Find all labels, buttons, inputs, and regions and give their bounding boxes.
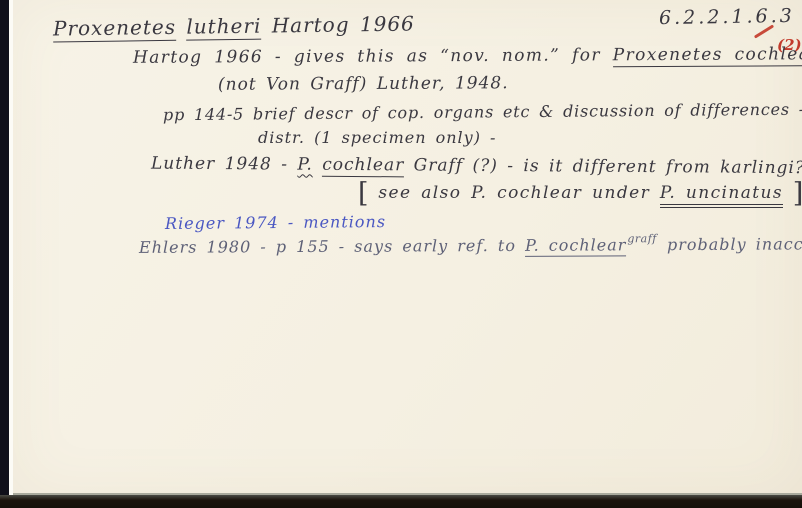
luther-pre: Luther 1948 - bbox=[151, 154, 288, 175]
card-title: Proxenetes lutheri Hartog 1966 bbox=[53, 13, 415, 38]
synonym-species: Proxenetes cochlear bbox=[613, 44, 802, 67]
catalog-number: 6.2.2.1.6.3 bbox=[659, 7, 795, 28]
hartog-line1-text: Hartog 1966 - gives this as “nov. nom.” … bbox=[133, 45, 601, 67]
luther-entry-line1: Luther 1948 - P. cochlear Graff (?) - is… bbox=[151, 156, 802, 178]
index-card: 6.2.2.1.6.3 (2) Proxenetes lutheri Harto… bbox=[9, 0, 802, 495]
open-bracket: [ bbox=[358, 178, 369, 209]
ehlers-pre: Ehlers 1980 - p 155 - says early ref. to bbox=[139, 236, 516, 257]
genus-abbrev: P. bbox=[297, 155, 313, 175]
species-name: lutheri bbox=[186, 14, 261, 41]
ehlers-post: probably inaccurate bbox=[667, 234, 802, 254]
rieger-entry: Rieger 1974 - mentions bbox=[165, 214, 386, 232]
hartog-entry-line3: pp 144-5 brief descr of cop. organs etc … bbox=[163, 101, 802, 123]
ehlers-superscript-insertion: graff bbox=[627, 232, 657, 245]
scan-bottom-edge bbox=[0, 495, 802, 508]
scan-background: 6.2.2.1.6.3 (2) Proxenetes lutheri Harto… bbox=[0, 0, 802, 508]
title-author: Hartog 1966 bbox=[272, 11, 415, 37]
ehlers-species: P. cochlear bbox=[525, 235, 626, 257]
close-bracket: ] bbox=[793, 178, 802, 209]
luther-post: Graff (?) - is it different from karling… bbox=[414, 155, 802, 178]
luther-entry-bracket-note: [ see also P. cochlear under P. uncinatu… bbox=[358, 180, 802, 207]
ehlers-entry: Ehlers 1980 - p 155 - says early ref. to… bbox=[139, 236, 802, 256]
luther-species: cochlear bbox=[322, 155, 404, 178]
genus-name: Proxenetes bbox=[53, 15, 176, 43]
bracket-note-species: P. uncinatus bbox=[660, 183, 783, 208]
bracket-note-text: see also P. cochlear under bbox=[378, 183, 650, 203]
hartog-entry-line1: Hartog 1966 - gives this as “nov. nom.” … bbox=[133, 46, 802, 67]
hartog-entry-line4: distr. (1 specimen only) - bbox=[258, 130, 496, 146]
hartog-entry-line2: (not Von Graff) Luther, 1948. bbox=[218, 75, 509, 94]
